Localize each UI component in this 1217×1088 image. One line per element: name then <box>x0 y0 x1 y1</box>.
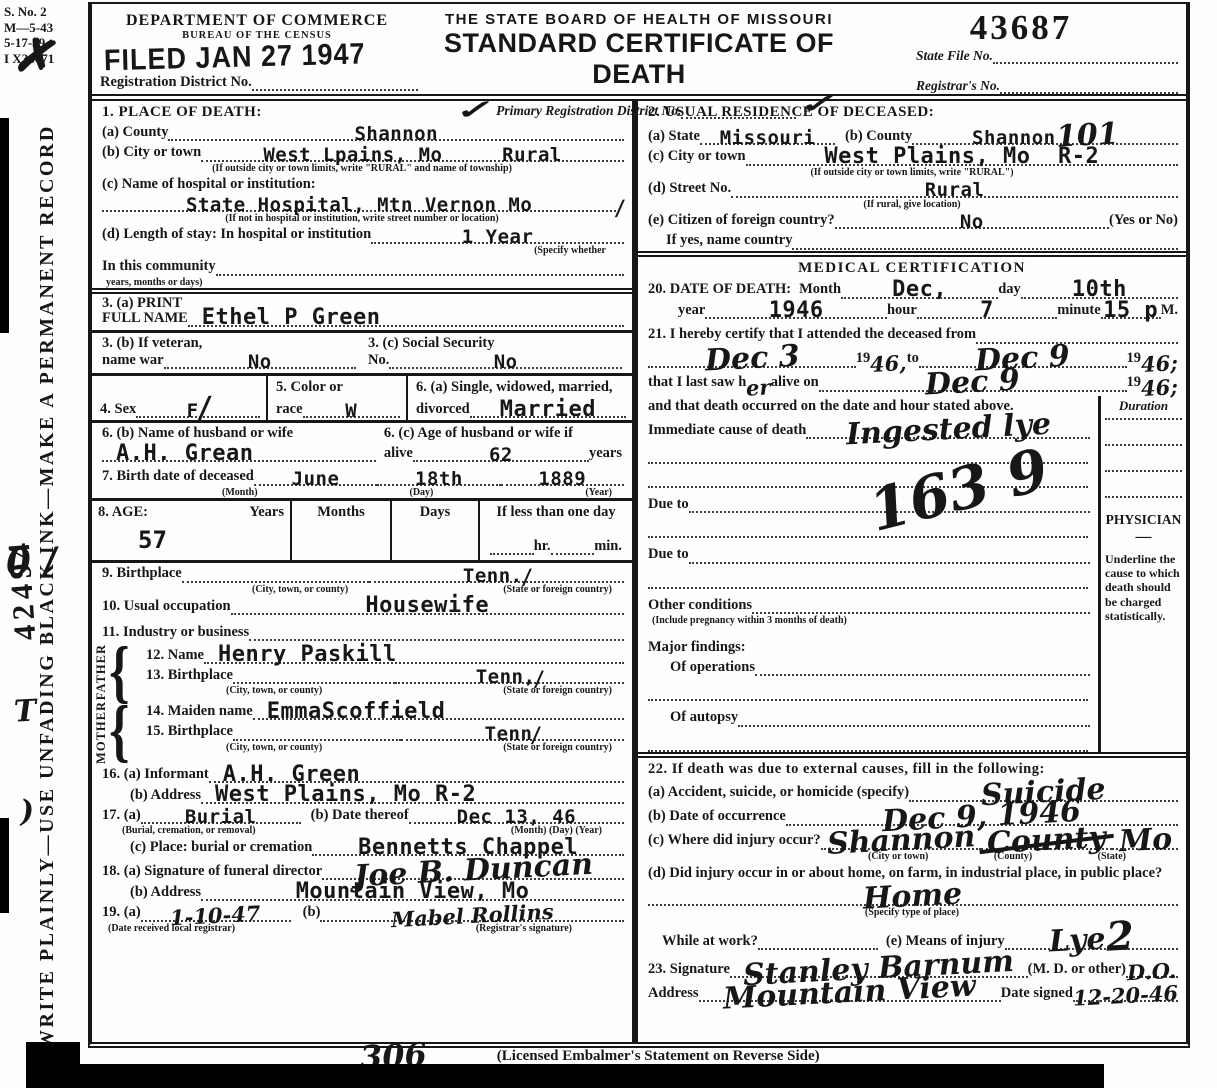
dotted-line: Dec 9 <box>919 347 1127 368</box>
due-to-row-2: Due to <box>638 544 1098 564</box>
due-to-label: Due to <box>648 496 689 513</box>
handwritten-margin-mark: T <box>13 699 37 724</box>
dotted-line: No <box>389 354 622 369</box>
dotted-line: W <box>303 403 400 418</box>
immediate-cause-label: Immediate cause of death <box>648 422 806 439</box>
dotted-line: No <box>835 214 1109 229</box>
spouse-age-value: 62 <box>489 447 513 463</box>
mother-group: MOTHER { 14. Maiden name EmmaScoffield 1… <box>92 701 632 764</box>
dotted-line <box>755 668 1090 676</box>
dotted-line: 12-20-46 <box>1073 988 1178 1002</box>
mother-maiden-label: 14. Maiden name <box>146 703 253 720</box>
spouse-age-suffix: years <box>589 445 622 462</box>
header-left: DEPARTMENT OF COMMERCE BUREAU OF THE CEN… <box>92 4 422 94</box>
full-name-value: Ethel P Green <box>202 309 381 328</box>
disposal-label: 17. (a) <box>102 807 141 824</box>
dotted-line: Dec 9, 1946 <box>786 805 1178 826</box>
dotted-line: Henry Paskill <box>204 646 624 664</box>
state-value: Missouri <box>720 130 816 146</box>
registrar-no-row: Registrar's No. <box>916 78 1178 94</box>
informant-row: 16. (a) Informant A.H. Green <box>92 764 632 785</box>
mother-birthplace-row: 15. Birthplace Tenn / <box>136 721 632 741</box>
medical-certification-section: MEDICAL CERTIFICATION 20. DATE OF DEATH:… <box>638 251 1186 395</box>
mother-birthplace-hints: (City, town, or county) (State or foreig… <box>136 742 632 754</box>
form-header: DEPARTMENT OF COMMERCE BUREAU OF THE CEN… <box>92 4 1186 101</box>
other-conditions-hint: (Include pregnancy within 3 months of de… <box>638 615 1098 627</box>
state-file-row: State File No. <box>916 48 1178 64</box>
date-of-death-row: 20. DATE OF DEATH: Month Dec, day 10th <box>638 279 1186 300</box>
father-vertical-label: FATHER <box>94 644 109 700</box>
director-address-label: (b) Address <box>130 884 201 901</box>
county-label: (a) County <box>102 124 168 141</box>
mother-fields: 14. Maiden name EmmaScoffield 15. Birthp… <box>136 701 632 764</box>
signature-label: 23. Signature <box>648 961 730 978</box>
month-label: Month <box>799 281 841 298</box>
residence-section: 2. USUAL RESIDENCE OF DECEASED: (a) Stat… <box>638 101 1186 251</box>
department-title: DEPARTMENT OF COMMERCE <box>92 12 422 30</box>
citizen-hint: (Yes or No) <box>1109 212 1178 229</box>
dotted-line: 1-10-47 <box>141 908 291 922</box>
spouse-age-label: 6. (c) Age of husband or wife if <box>384 425 622 442</box>
res-city-label: (c) City or town <box>648 148 746 165</box>
registrar-row: 19. (a) 1-10-47 (b) Mabel Rollins <box>92 902 632 922</box>
occupation-row: 10. Usual occupation Housewife <box>92 595 632 616</box>
dotted-line: 10th <box>1021 281 1178 299</box>
dotted-line: Shannon <box>821 829 982 850</box>
due-to-label: Due to <box>648 546 689 563</box>
dotted-line <box>216 268 624 276</box>
state-foreign-hint: (State or foreign country) <box>503 742 612 754</box>
veteran-label-2: name war <box>102 352 164 369</box>
dotted-line: Tenn / <box>401 726 624 741</box>
age-years-value: 57 <box>138 526 284 554</box>
dotted-line: Married <box>470 401 626 419</box>
minute-label: minute <box>1057 302 1101 319</box>
board-title: THE STATE BOARD OF HEALTH OF MISSOURI <box>422 11 856 28</box>
hospital-value-row: State Hospital, Mtn Vernon Mo / <box>92 195 632 213</box>
attended-from-value: Dec 3 <box>704 344 800 373</box>
dotted-line: 1 Year <box>371 229 624 244</box>
dotted-line: Dec 3 <box>648 347 856 368</box>
funeral-director-section: 18. (a) Signature of funeral director Jo… <box>92 857 632 902</box>
state-label: (a) State <box>648 128 700 145</box>
dotted-line: 62 <box>413 447 589 462</box>
major-findings-row: Major findings: <box>638 637 1098 657</box>
where-county-value: County <box>987 826 1107 856</box>
community-hint: years, months or days) <box>92 277 632 289</box>
occupation-value: Housewife <box>365 597 489 616</box>
mother-brace: { <box>109 704 130 760</box>
attended-dates-row: Dec 3 19 46, to Dec 9 19 46; <box>638 345 1186 369</box>
mother-vertical-label: MOTHER <box>94 701 109 764</box>
dotted-line: Tenn. / <box>369 568 624 583</box>
dotted-line <box>1000 86 1178 94</box>
handwritten-margin-mark: 0 / <box>5 547 57 578</box>
registrar-sig-label: (b) <box>303 904 321 921</box>
spouse-name-cell: 6. (b) Name of husband or wife A.H. Grea… <box>92 423 380 464</box>
registrar-signature-value: Mabel Rollins <box>391 904 554 929</box>
hospital-value: State Hospital, Mtn Vernon Mo <box>186 197 532 213</box>
to-label: to <box>907 350 919 367</box>
birthplace-section: 9. Birthplace Tenn. / (City, town, or co… <box>92 560 632 644</box>
mother-birthplace-value: Tenn <box>485 726 533 742</box>
year-hint: (Year) <box>585 487 612 499</box>
handwritten-slash-mark: / <box>535 670 544 687</box>
occupation-label: 10. Usual occupation <box>102 598 231 615</box>
duration-physician-sidebar: Duration PHYSICIAN — Underline the cause… <box>1098 396 1186 752</box>
age-section: 8. AGE: Years 57 Months Days If less tha… <box>92 498 632 560</box>
dotted-line: F / <box>136 397 260 418</box>
disposal-date-label: (b) Date thereof <box>311 807 409 824</box>
birthplace-row: 9. Birthplace Tenn. / <box>92 563 632 583</box>
birth-year-value: 1889 <box>538 471 586 487</box>
means-row: While at work? (e) Means of injury Lye 2 <box>638 919 1186 951</box>
dotted-line <box>738 719 1090 727</box>
registrar-section: 19. (a) 1-10-47 (b) Mabel Rollins (Date … <box>92 902 632 934</box>
handwritten-slash-mark: / <box>616 200 625 217</box>
dotted-line: West Lpains, Mo Rural <box>201 147 624 162</box>
dotted-line: Mountain View <box>699 981 1001 1002</box>
city-row: (b) City or town West Lpains, Mo Rural <box>92 142 632 162</box>
hr-label: hr. <box>534 538 551 555</box>
dotted-line: Housewife <box>231 597 624 615</box>
marital-value: Married <box>500 401 596 420</box>
year-prefix: 19 <box>1127 350 1142 367</box>
informant-address-value: West Plains, Mo R-2 <box>215 786 476 805</box>
date-signed-label: Date signed <box>1001 985 1073 1002</box>
birthplace-hints: (City, town, or county) (State or foreig… <box>92 584 632 596</box>
state-file-number: 43687 <box>856 8 1186 48</box>
dotted-line: Rural <box>731 182 1178 197</box>
embalmer-note: (Licensed Embalmer's Statement on Revers… <box>497 1047 820 1065</box>
informant-address-row: (b) Address West Plains, Mo R-2 <box>92 784 632 805</box>
full-name-row: 3. (a) PRINTFULL NAME Ethel P Green <box>92 294 632 327</box>
city-value: West Lpains, Mo Rural <box>263 147 561 163</box>
disposal-value: Burial <box>185 809 257 825</box>
where-state-value: Mo <box>1118 827 1172 854</box>
dotted-line <box>648 565 1088 589</box>
father-birthplace-value: Tenn, <box>476 669 536 685</box>
dotted-line <box>648 728 1088 752</box>
injury-place-value-row: Home <box>638 883 1186 907</box>
registration-district-row: Registration District No. <box>100 74 418 91</box>
scan-artifact-bar <box>0 118 9 333</box>
city-town-county-hint: (City, town, or county) <box>252 584 348 596</box>
ssn-label-2: No. <box>368 352 389 369</box>
birthdate-label: 7. Birth date of deceased <box>102 468 254 485</box>
autopsy-label: Of autopsy <box>670 709 738 726</box>
marital-label-2: divorced <box>416 401 470 418</box>
manner-row: (a) Accident, suicide, or homicide (spec… <box>638 779 1186 803</box>
dotted-line <box>490 547 534 555</box>
last-saw-year: 46; <box>1141 379 1179 398</box>
city-town-county-hint: (City, town, or county) <box>226 685 322 697</box>
month-hint: (Month) <box>222 487 258 499</box>
where-label: (c) Where did injury occur? <box>648 832 821 849</box>
informant-section: 16. (a) Informant A.H. Green (b) Address… <box>92 764 632 805</box>
age-label: 8. AGE: <box>98 504 148 521</box>
date-of-death-label: 20. DATE OF DEATH: <box>648 281 791 298</box>
street-label: (d) Street No. <box>648 180 731 197</box>
dotted-line <box>252 83 418 91</box>
city-town-county-hint: (City, town, or county) <box>226 742 322 754</box>
disposal-date-value: Dec 13, 46 <box>457 809 576 825</box>
father-birthplace-hints: (City, town, or county) (State or foreig… <box>136 685 632 697</box>
received-date-value: 1-10-47 <box>170 905 261 927</box>
informant-address-label: (b) Address <box>130 787 201 804</box>
spouse-section: 6. (b) Name of husband or wife A.H. Grea… <box>92 420 632 466</box>
county-value: Shannon <box>354 126 438 142</box>
age-years-cell: 8. AGE: Years 57 <box>92 501 292 560</box>
dotted-line: 7 <box>917 302 1057 320</box>
res-county-label: (b) County <box>845 128 912 145</box>
dotted-line: 1946 <box>705 302 887 320</box>
other-conditions-row: Other conditions <box>638 595 1098 615</box>
occurrence-label: (b) Date of occurrence <box>648 808 786 825</box>
manner-label: (a) Accident, suicide, or homicide (spec… <box>648 784 909 801</box>
veteran-label: 3. (b) If veteran, <box>102 335 356 352</box>
injury-place-value: Home <box>863 883 963 912</box>
dotted-line: Dec, <box>841 281 998 299</box>
year-prefix: 19 <box>856 350 871 367</box>
certify-row: 21. I hereby certify that I attended the… <box>638 324 1186 344</box>
age-less-label: If less than one day <box>486 504 626 521</box>
dotted-line <box>182 575 369 583</box>
place-of-death-section: 1. PLACE OF DEATH: (a) County Shannon (b… <box>92 101 632 288</box>
death-time-row: year 1946 hour 7 minute 15 p M. <box>638 300 1186 321</box>
major-findings-label: Major findings: <box>648 639 746 656</box>
race-cell: 5. Color or race W <box>268 376 408 420</box>
sex-race-marital-section: 4. Sex F / 5. Color or race W <box>92 373 632 420</box>
dotted-line: No <box>164 354 356 369</box>
city-label: (b) City or town <box>102 144 201 161</box>
sex-cell: 4. Sex F / <box>92 376 268 420</box>
state-county-row: (a) State Missouri (b) County Shannon 10… <box>638 122 1186 146</box>
race-value: W <box>345 403 357 419</box>
physician-label: PHYSICIAN <box>1105 512 1182 528</box>
father-fields: 12. Name Henry Paskill 13. Birthplace Te… <box>136 644 632 700</box>
dotted-line: Ingested lye <box>806 418 1090 439</box>
death-day-value: 10th <box>1072 281 1127 300</box>
death-certificate-scan: S. No. 2 M—5-43 5-17-39 I X36671 ✗ WRITE… <box>0 0 1217 1088</box>
disposal-hint: (Burial, cremation, or removal) <box>122 825 256 837</box>
left-margin: S. No. 2 M—5-43 5-17-39 I X36671 ✗ WRITE… <box>0 0 88 1088</box>
citizen-value: No <box>960 214 984 230</box>
race-label: 5. Color or <box>276 379 400 396</box>
father-birthplace-label: 13. Birthplace <box>146 667 233 684</box>
veteran-value: No <box>248 354 272 370</box>
full-name-label: 3. (a) PRINTFULL NAME <box>102 296 188 326</box>
veteran-ssn-section: 3. (b) If veteran, name war No 3. (c) So… <box>92 330 632 374</box>
dotted-line: 1889 <box>501 471 624 486</box>
day-hint: (Day) <box>410 487 434 499</box>
received-label: 19. (a) <box>102 904 141 921</box>
length-of-stay-row: (d) Length of stay: In hospital or insti… <box>92 224 632 244</box>
certify-line: 21. I hereby certify that I attended the… <box>648 326 976 343</box>
dotted-line <box>1105 472 1182 498</box>
scan-artifact-bar <box>0 818 9 913</box>
while-at-work-label: While at work? <box>662 933 758 950</box>
header-center: THE STATE BOARD OF HEALTH OF MISSOURI ST… <box>422 4 856 94</box>
death-minute-value: 15 p <box>1103 302 1158 321</box>
header-right: 43687 State File No. Registrar's No. <box>856 4 1186 94</box>
citizen-label: (e) Citizen of foreign country? <box>648 212 835 229</box>
citizen-row: (e) Citizen of foreign country? No (Yes … <box>638 210 1186 230</box>
community-row: In this community <box>92 256 632 276</box>
handwritten-slash-mark: / <box>522 569 531 586</box>
handwritten-flourish-mark: 2 <box>1105 920 1134 953</box>
spouse-age-cell: 6. (c) Age of husband or wife if alive 6… <box>380 423 632 464</box>
physician-note: Underline the cause to which death shoul… <box>1105 552 1182 624</box>
attended-from-year: 46, <box>870 355 907 374</box>
dotted-line <box>1105 446 1182 472</box>
age-months-cell: Months <box>292 501 392 560</box>
director-signature-row: 18. (a) Signature of funeral director Jo… <box>92 857 632 881</box>
ssn-cell: 3. (c) Social Security No. No <box>362 333 632 372</box>
race-label-2: race <box>276 401 303 418</box>
saw-hand: er <box>746 379 771 397</box>
state-foreign-hint: (State or foreign country) <box>503 685 612 697</box>
father-name-row: 12. Name Henry Paskill <box>136 644 632 665</box>
dotted-line: Joe B. Duncan <box>322 859 624 880</box>
death-year-value: 1946 <box>769 302 824 321</box>
country-row: If yes, name country <box>638 230 1186 250</box>
birthplace-label: 9. Birthplace <box>102 565 182 582</box>
right-column: 2. USUAL RESIDENCE OF DECEASED: (a) Stat… <box>638 101 1186 1042</box>
ssn-value: No <box>494 354 518 370</box>
saw-line-b: alive on <box>771 374 819 391</box>
dotted-line <box>233 733 401 741</box>
marital-cell: 6. (a) Single, widowed, married, divorce… <box>408 376 632 420</box>
dotted-line: 15 p <box>1101 302 1161 320</box>
handwritten-slash-mark: / <box>532 727 541 744</box>
stay-hint: (Specify whether <box>92 245 632 257</box>
stay-value: 1 Year <box>462 229 534 245</box>
birthdate-row: 7. Birth date of deceased June 18th 1889 <box>92 466 632 486</box>
registrar-no-label: Registrar's No. <box>916 78 1000 94</box>
dotted-line: Burial <box>141 809 301 824</box>
certificate-title: STANDARD CERTIFICATE OF DEATH <box>422 28 856 90</box>
sex-label: 4. Sex <box>100 401 136 418</box>
veteran-cell: 3. (b) If veteran, name war No <box>92 333 362 372</box>
hospital-label: (c) Name of hospital or institution: <box>102 176 316 193</box>
handwritten-number-mark: 101 <box>1055 122 1119 149</box>
handwritten-margin-mark: ) <box>19 800 34 825</box>
external-causes-section: 22. If death was due to external causes,… <box>638 752 1186 1005</box>
disposal-row: 17. (a) Burial (b) Date thereof Dec 13, … <box>92 805 632 825</box>
where-city-value: Shannon <box>826 825 975 857</box>
dotted-line <box>752 606 1090 614</box>
dotted-line: EmmaScoffield <box>253 703 624 721</box>
md-or-other-label: (M. D. or other) <box>1028 961 1126 978</box>
industry-row: 11. Industry or business <box>92 622 632 642</box>
death-month-value: Dec, <box>892 281 947 300</box>
marital-label: 6. (a) Single, widowed, married, <box>416 379 626 396</box>
where-row: (c) Where did injury occur? Shannon Coun… <box>638 827 1186 851</box>
burial-place-label: (c) Place: burial or cremation <box>130 839 312 856</box>
cause-of-death-block: and that death occurred on the date and … <box>638 395 1186 752</box>
operations-label: Of operations <box>670 659 755 676</box>
physician-address-value: Mountain View <box>723 974 977 1011</box>
dotted-line: Mo <box>1112 829 1178 850</box>
state-file-label: State File No. <box>916 48 993 64</box>
res-city-hint: (If outside city or town limits, write "… <box>638 167 1186 179</box>
age-years-label: Years <box>249 504 284 521</box>
handwritten-check-mark: ✓ <box>451 101 494 123</box>
mother-birthplace-label: 15. Birthplace <box>146 723 233 740</box>
bottom-footer: 306 (Licensed Embalmer's Statement on Re… <box>360 1044 820 1065</box>
hr-min-row: hr. min. <box>486 538 626 557</box>
means-value: Lye <box>1049 928 1107 955</box>
autopsy-row: Of autopsy <box>638 707 1098 727</box>
dotted-line <box>648 677 1088 701</box>
hour-label: hour <box>887 302 917 319</box>
date-signed-value: 12-20-46 <box>1073 985 1179 1007</box>
min-label: min. <box>594 538 622 555</box>
md-value: D.O. <box>1127 963 1177 982</box>
dotted-line: Shannon <box>168 126 624 141</box>
dotted-line: Dec 9 <box>819 371 1127 392</box>
operations-row: Of operations <box>638 657 1098 677</box>
attended-to-year: 46; <box>1141 355 1179 374</box>
meridiem-label: M. <box>1161 302 1178 319</box>
registration-district-label: Registration District No. <box>100 74 252 91</box>
dotted-line <box>689 556 1090 564</box>
age-less-cell: If less than one day hr. min. <box>480 501 632 560</box>
dotted-line <box>792 242 1178 250</box>
dotted-line: Shannon 101 <box>912 124 1178 145</box>
dotted-line: Lye 2 <box>1005 921 1178 950</box>
dotted-line: Tenn, / <box>395 669 624 684</box>
death-hour-value: 7 <box>980 302 994 321</box>
left-column: 1. PLACE OF DEATH: (a) County Shannon (b… <box>92 101 638 1042</box>
last-saw-date-value: Dec 9 <box>925 368 1021 397</box>
dotted-line <box>233 676 395 684</box>
hospital-label-row: (c) Name of hospital or institution: <box>92 174 632 194</box>
duration-label: Duration <box>1105 398 1182 420</box>
birthplace-value: Tenn. <box>463 568 523 584</box>
birth-month-value: June <box>292 471 340 487</box>
day-label: day <box>998 281 1021 298</box>
street-row: (d) Street No. Rural <box>638 178 1186 198</box>
dotted-line: D.O. <box>1126 964 1178 978</box>
dotted-line: A.H. Grean <box>102 445 376 463</box>
street-hint: (If rural, give location) <box>638 199 1186 211</box>
birth-day-value: 18th <box>415 471 463 487</box>
ssn-label: 3. (c) Social Security <box>368 335 622 352</box>
year-label: year <box>678 302 705 319</box>
dotted-line: 18th <box>377 471 500 486</box>
father-name-label: 12. Name <box>146 647 204 664</box>
dotted-line <box>1105 420 1182 446</box>
scan-artifact-band <box>76 1064 1104 1088</box>
dotted-line <box>758 942 878 950</box>
mother-maiden-value: EmmaScoffield <box>267 703 446 722</box>
dotted-line: Dec 13, 46 <box>409 809 624 824</box>
age-days-cell: Days <box>392 501 480 560</box>
filed-date-stamp: FILED JAN 27 1947 <box>104 37 366 78</box>
medical-heading: MEDICAL CERTIFICATION <box>638 257 1186 279</box>
dotted-line: Ethel P Green <box>188 309 624 327</box>
hospital-hint: (If not in hospital or institution, writ… <box>92 213 632 225</box>
country-label: If yes, name country <box>666 232 792 249</box>
physician-address-label: Address <box>648 985 699 1002</box>
dotted-line: June <box>254 471 377 486</box>
cause-fields: and that death occurred on the date and … <box>638 396 1098 752</box>
mother-maiden-row: 14. Maiden name EmmaScoffield <box>136 701 632 722</box>
dotted-line: Missouri <box>700 130 835 145</box>
other-conditions-label: Other conditions <box>648 597 752 614</box>
